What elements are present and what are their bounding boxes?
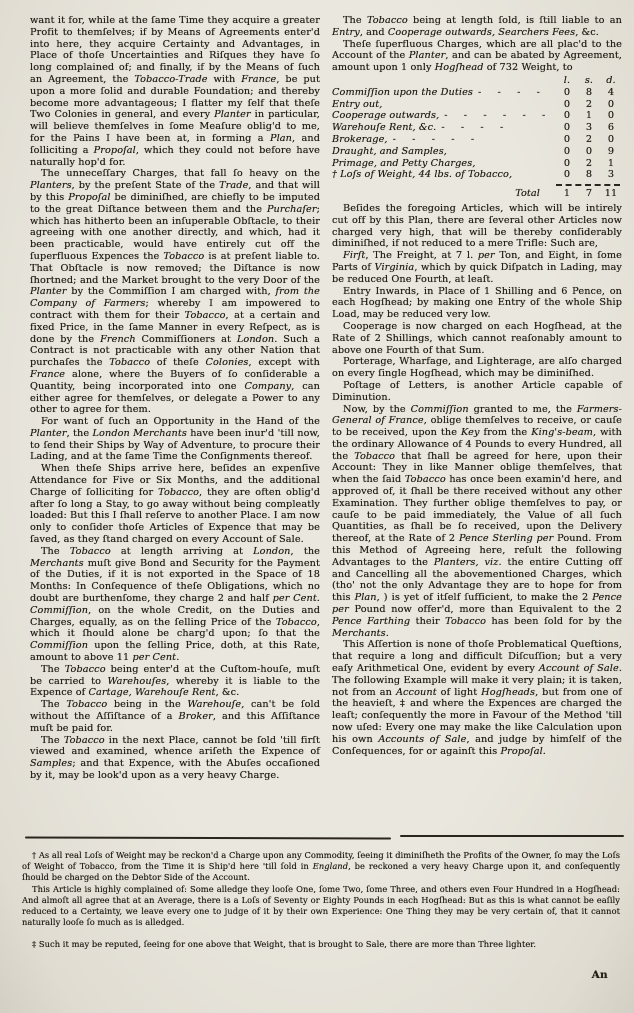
text-segment: , ) is yet of itſelf ſufficient, to make… bbox=[377, 592, 593, 603]
text-segment: Warehouſe bbox=[187, 699, 241, 710]
paragraph: Entry Inwards, in Place of 1 Shilling an… bbox=[332, 286, 622, 321]
text-segment: , and bbox=[360, 27, 388, 38]
text-segment: Account of Sale bbox=[539, 663, 619, 674]
currency-headers: l.s.d. bbox=[332, 75, 622, 87]
text-segment: Tobacco bbox=[64, 735, 105, 746]
text-segment: , by the preſent State of the bbox=[72, 180, 219, 191]
text-segment: France bbox=[30, 369, 65, 380]
text-segment: Broker bbox=[179, 711, 213, 722]
text-segment: Merchants bbox=[332, 628, 386, 639]
footnote: † As all real Loſs of Weight may be reck… bbox=[22, 850, 620, 884]
footnote: ‡ Such it may be reputed, ſeeing for one… bbox=[22, 939, 620, 950]
text-segment: Trade bbox=[219, 180, 248, 191]
table-cell: s. bbox=[578, 75, 600, 87]
text-segment: being in the bbox=[107, 699, 187, 710]
text-segment: Tobacco bbox=[445, 616, 486, 627]
text-segment: Porterage, Wharfage, and Lighterage, are… bbox=[332, 356, 622, 379]
text-segment: . bbox=[386, 628, 389, 639]
text-segment: Tobacco-Trade bbox=[134, 74, 207, 85]
charge-value: 0 bbox=[556, 122, 578, 134]
text-segment: . bbox=[543, 746, 546, 757]
table-row: Cooperage outwards,- - - - - -010 bbox=[332, 110, 622, 122]
text-segment: at length arriving at bbox=[111, 546, 253, 557]
dashed-rule bbox=[556, 184, 620, 186]
paragraph: When theſe Ships arrive here, beſides an… bbox=[30, 463, 320, 546]
text-segment: Tobacco bbox=[276, 617, 317, 628]
text-segment: being at length ſold, is ſtill liable to… bbox=[408, 15, 622, 26]
footnote-rule bbox=[25, 836, 624, 838]
text-segment: England bbox=[313, 861, 348, 871]
text-segment: Tobacco bbox=[109, 357, 150, 368]
paragraph: The Tobacco being at length ſold, is ſti… bbox=[332, 15, 622, 39]
charge-value: 0 bbox=[556, 110, 578, 122]
text-segment: King's-beam bbox=[531, 427, 593, 438]
text-segment: Beſides the foregoing Articles, which wi… bbox=[332, 203, 622, 249]
text-segment: Now, by the bbox=[343, 404, 411, 415]
text-segment: Entry bbox=[332, 27, 360, 38]
text-segment: Purchaſer bbox=[267, 204, 317, 215]
text-segment: Propoſal bbox=[94, 145, 136, 156]
footnotes: † As all real Loſs of Weight may be reck… bbox=[0, 847, 634, 951]
charge-label: † Loſs of Weight, 44 lbs. of Tobacco, bbox=[332, 169, 512, 181]
text-segment: Hogſhead bbox=[435, 62, 484, 73]
right-column-top-paragraphs: The Tobacco being at length ſold, is ſti… bbox=[332, 15, 622, 74]
charge-value: 8 bbox=[578, 87, 600, 99]
text-segment: Cooperage outwards, Searchers Fees bbox=[388, 27, 575, 38]
table-cell: 1 bbox=[556, 188, 578, 200]
text-segment: Planters bbox=[30, 180, 72, 191]
rule-segment-left bbox=[25, 837, 391, 840]
dash-leaders: - - - - - - bbox=[439, 110, 556, 122]
text-segment: The bbox=[41, 699, 66, 710]
text-segment: Planters, viz. bbox=[434, 557, 502, 568]
catchword: An bbox=[592, 969, 608, 981]
text-segment: French bbox=[100, 334, 136, 345]
text-segment: , except with bbox=[248, 357, 320, 368]
text-segment: with bbox=[208, 74, 242, 85]
text-segment: France bbox=[241, 74, 276, 85]
charge-label: Brokerage, bbox=[332, 134, 388, 146]
dash-leaders: - - - - - bbox=[388, 134, 556, 146]
paragraph: Now, by the Commiſſion granted to me, th… bbox=[332, 404, 622, 640]
text-segment: Tobacco bbox=[66, 699, 107, 710]
right-column-bottom-paragraphs: Beſides the foregoing Articles, which wi… bbox=[332, 203, 622, 757]
text-segment: Pound now offer'd, more than Equivalent … bbox=[349, 604, 622, 615]
text-segment: Tobacco bbox=[354, 451, 395, 462]
paragraph: The Tobacco being in the Warehouſe, can'… bbox=[30, 699, 320, 734]
text-segment: The unneceſſary Charges, that fall ſo he… bbox=[41, 168, 320, 179]
text-segment: , &c. bbox=[575, 27, 599, 38]
charge-value: 3 bbox=[578, 122, 600, 134]
rule-segment-right bbox=[400, 835, 624, 837]
text-segment: Propoſal bbox=[501, 746, 543, 757]
charge-value: 0 bbox=[600, 110, 622, 122]
paragraph: Theſe ſuperfluous Charges, which are all… bbox=[332, 39, 622, 74]
right-column: The Tobacco being at length ſold, is ſti… bbox=[332, 15, 622, 815]
charges-table-rows: Commiſſion upon the Duties- - - - -084En… bbox=[332, 87, 622, 181]
charge-value: 9 bbox=[600, 146, 622, 158]
text-segment: Planter bbox=[30, 286, 67, 297]
text-segment: Plan bbox=[355, 592, 377, 603]
text-segment: Hogſheads bbox=[481, 687, 535, 698]
text-segment: Entry Inwards, in Place of 1 Shilling an… bbox=[332, 286, 622, 321]
text-segment: , the bbox=[291, 546, 320, 557]
table-cell: l. bbox=[556, 75, 578, 87]
text-segment: London Merchants bbox=[93, 428, 187, 439]
total-label: Total bbox=[515, 188, 540, 200]
text-columns: want it for, while at the ſame Time they… bbox=[0, 0, 634, 815]
table-cell: 11 bbox=[600, 188, 622, 200]
text-segment: Pence Farthing bbox=[332, 616, 410, 627]
charge-value: 0 bbox=[600, 99, 622, 111]
text-segment: Key bbox=[461, 427, 479, 438]
paragraph: want it for, while at the ſame Time they… bbox=[30, 15, 320, 168]
text-segment: Merchants bbox=[30, 558, 84, 569]
charge-label: Primage, and Petty Charges, bbox=[332, 158, 476, 170]
text-segment: of 732 Weight, to bbox=[484, 62, 573, 73]
charges-table: l.s.d. Commiſſion upon the Duties- - - -… bbox=[332, 75, 622, 200]
total-row: Total 1711 bbox=[332, 188, 622, 200]
paragraph: For want of ſuch an Opportunity in the H… bbox=[30, 416, 320, 463]
paragraph: Porterage, Wharfage, and Lighterage, are… bbox=[332, 356, 622, 380]
text-segment: Tobacco bbox=[70, 546, 111, 557]
charge-label: Warehouſe Rent, &c. bbox=[332, 122, 436, 134]
paragraph: Firſt, The Freight, at 7 l. per Ton, and… bbox=[332, 250, 622, 285]
text-segment: from the bbox=[480, 427, 532, 438]
text-segment: Cartage, Warehouſe Rent bbox=[89, 687, 216, 698]
text-segment: Samples bbox=[30, 758, 72, 769]
text-segment: Commiſſion bbox=[30, 640, 88, 651]
text-segment: Warehouſes bbox=[107, 676, 166, 687]
charge-label: Draught, and Samples, bbox=[332, 146, 447, 158]
table-row: † Loſs of Weight, 44 lbs. of Tobacco,083 bbox=[332, 169, 622, 181]
paragraph: The Tobacco being enter'd at the Cuſtom-… bbox=[30, 664, 320, 699]
charge-value: 0 bbox=[556, 87, 578, 99]
text-segment: of theſe bbox=[150, 357, 205, 368]
text-segment: London bbox=[253, 546, 290, 557]
table-row: Warehouſe Rent, &c.- - - -036 bbox=[332, 122, 622, 134]
dash-leaders: - - - - bbox=[436, 122, 556, 134]
dash-leaders: - - - - - bbox=[473, 87, 556, 99]
text-segment: ‡ Such it may be reputed, ſeeing for one… bbox=[32, 939, 536, 949]
text-segment: Accounts of Sale bbox=[378, 734, 466, 745]
charge-value: 0 bbox=[556, 134, 578, 146]
left-column: want it for, while at the ſame Time they… bbox=[30, 15, 320, 815]
text-segment: has been ſold for by the bbox=[486, 616, 622, 627]
text-segment: Firſt bbox=[343, 250, 365, 261]
charge-value: 2 bbox=[578, 134, 600, 146]
charge-value: 2 bbox=[578, 158, 600, 170]
text-segment: , &c. bbox=[216, 687, 240, 698]
paragraph: Beſides the foregoing Articles, which wi… bbox=[332, 203, 622, 250]
table-cell: 7 bbox=[578, 188, 600, 200]
charge-value: 0 bbox=[556, 146, 578, 158]
text-segment: Commiſſioners at bbox=[136, 334, 237, 345]
charge-value: 0 bbox=[578, 146, 600, 158]
text-segment: granted to me, the bbox=[469, 404, 577, 415]
text-segment: Tobacco bbox=[163, 251, 204, 262]
footnote: This Article is highly complained of: So… bbox=[22, 884, 620, 929]
charge-value: 1 bbox=[600, 158, 622, 170]
document-page: want it for, while at the ſame Time they… bbox=[0, 0, 634, 1013]
text-segment: Poſtage of Letters, is another Article c… bbox=[332, 380, 622, 403]
text-segment: The bbox=[41, 546, 70, 557]
text-segment: Planter bbox=[30, 428, 67, 439]
table-row: Brokerage,- - - - -020 bbox=[332, 134, 622, 146]
text-segment: Tobacco bbox=[405, 474, 446, 485]
text-segment: Plan bbox=[270, 133, 292, 144]
text-segment: ; and that Expence, with the Abuſes occa… bbox=[30, 758, 320, 781]
table-row: Commiſſion upon the Duties- - - - -084 bbox=[332, 87, 622, 99]
charge-value: 0 bbox=[556, 169, 578, 181]
charge-value: 1 bbox=[578, 110, 600, 122]
text-segment: per bbox=[478, 250, 495, 261]
paragraph: This Aſſertion is none of thoſe Problema… bbox=[332, 639, 622, 757]
text-segment: of light bbox=[437, 687, 481, 698]
text-segment: Planter bbox=[214, 109, 251, 120]
table-row: Primage, and Petty Charges,021 bbox=[332, 158, 622, 170]
charge-label: Commiſſion upon the Duties bbox=[332, 87, 473, 99]
text-segment: Cooperage is now charged on each Hogſhea… bbox=[332, 321, 622, 356]
charge-value: 2 bbox=[578, 99, 600, 111]
text-segment: per Cent bbox=[132, 652, 176, 663]
text-segment: Tobacco bbox=[185, 310, 226, 321]
table-cell: d. bbox=[600, 75, 622, 87]
charge-value: 0 bbox=[556, 99, 578, 111]
paragraph: The unneceſſary Charges, that fall ſo he… bbox=[30, 168, 320, 416]
paragraph: Cooperage is now charged on each Hogſhea… bbox=[332, 321, 622, 356]
paragraph: The Tobacco at length arriving at London… bbox=[30, 546, 320, 664]
charge-value: 3 bbox=[600, 169, 622, 181]
charge-value: 4 bbox=[600, 87, 622, 99]
text-segment: Propoſal bbox=[68, 192, 110, 203]
text-segment: London bbox=[237, 334, 274, 345]
text-segment: Pence Sterling per bbox=[459, 533, 553, 544]
table-row: Entry out,020 bbox=[332, 99, 622, 111]
text-segment: The bbox=[41, 664, 65, 675]
text-segment: The bbox=[343, 15, 367, 26]
charge-value: 0 bbox=[556, 158, 578, 170]
text-segment: Tobacco bbox=[65, 664, 106, 675]
text-segment: their bbox=[410, 616, 445, 627]
screenshot-root: { "page": { "catchword": "An" }, "left_c… bbox=[0, 0, 634, 1013]
paragraph: The Tobacco in the next Place, cannot be… bbox=[30, 735, 320, 782]
text-segment: Planter bbox=[409, 50, 446, 61]
total-separator bbox=[332, 184, 622, 186]
text-segment: Colonies bbox=[205, 357, 248, 368]
total-values: 1711 bbox=[556, 188, 622, 200]
paragraph: Poſtage of Letters, is another Article c… bbox=[332, 380, 622, 404]
text-segment: Tobacco bbox=[158, 487, 199, 498]
text-segment: This Article is highly complained of: So… bbox=[22, 884, 620, 928]
table-row: Draught, and Samples,009 bbox=[332, 146, 622, 158]
charge-value: 0 bbox=[600, 134, 622, 146]
text-segment: , The Freight, at 7 l. bbox=[365, 250, 477, 261]
text-segment: Commiſſion bbox=[411, 404, 469, 415]
charge-value: 6 bbox=[600, 122, 622, 134]
text-segment: Tobacco bbox=[367, 15, 408, 26]
text-segment: Account bbox=[396, 687, 437, 698]
text-segment: The bbox=[41, 735, 64, 746]
text-segment: , the bbox=[67, 428, 93, 439]
charge-label: Cooperage outwards, bbox=[332, 110, 439, 122]
text-segment: Virginia bbox=[375, 262, 415, 273]
charge-value: 8 bbox=[578, 169, 600, 181]
text-segment: . bbox=[176, 652, 179, 663]
text-segment: Company bbox=[244, 381, 291, 392]
text-segment: by the Commiſſion I am charged with, bbox=[67, 286, 276, 297]
text-segment: For want of ſuch an Opportunity in the H… bbox=[41, 416, 320, 427]
charge-label: Entry out, bbox=[332, 99, 382, 111]
